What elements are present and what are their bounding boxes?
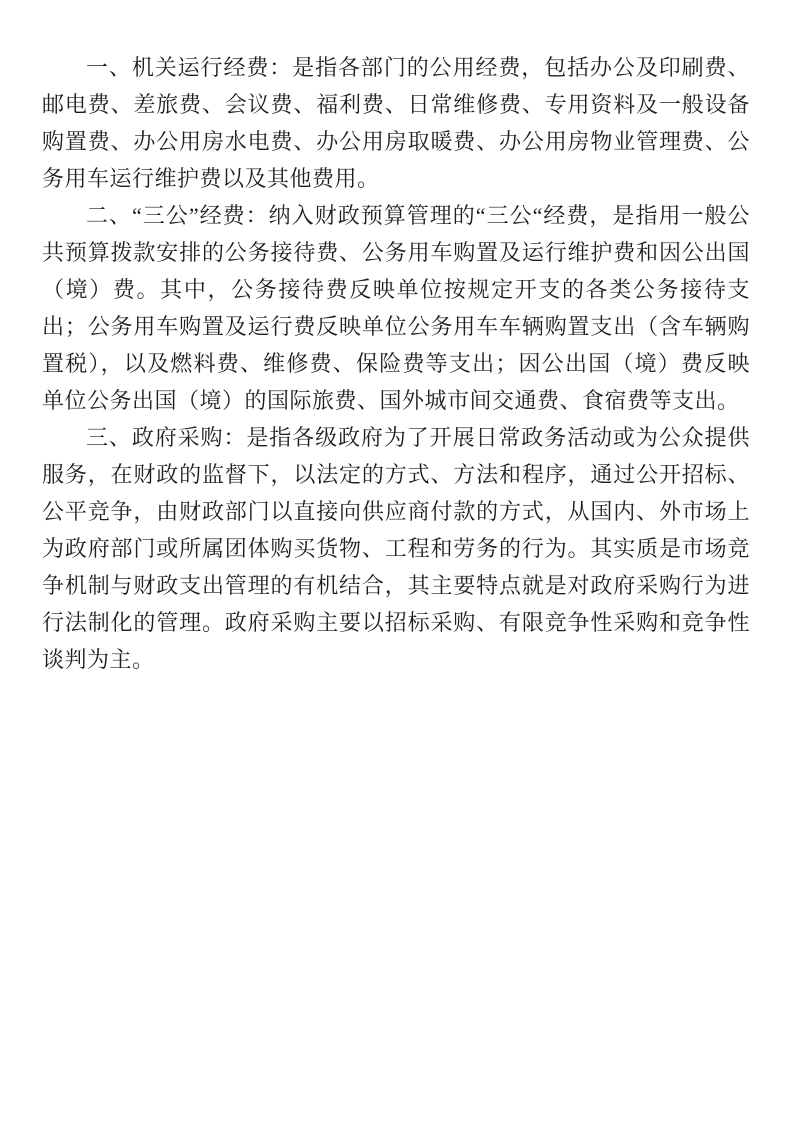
paragraph-government-procurement: 三、政府采购：是指各级政府为了开展日常政务活动或为公众提供服务，在财政的监督下，… xyxy=(42,419,750,678)
document-page: 一、机关运行经费：是指各部门的公用经费，包括办公及印刷费、邮电费、差旅费、会议费… xyxy=(0,0,793,1122)
paragraph-office-operating-expenses: 一、机关运行经费：是指各部门的公用经费，包括办公及印刷费、邮电费、差旅费、会议费… xyxy=(42,49,750,197)
paragraph-three-public-funds: 二、“三公”经费：纳入财政预算管理的“三公“经费，是指用一般公共预算拨款安排的公… xyxy=(42,197,750,419)
